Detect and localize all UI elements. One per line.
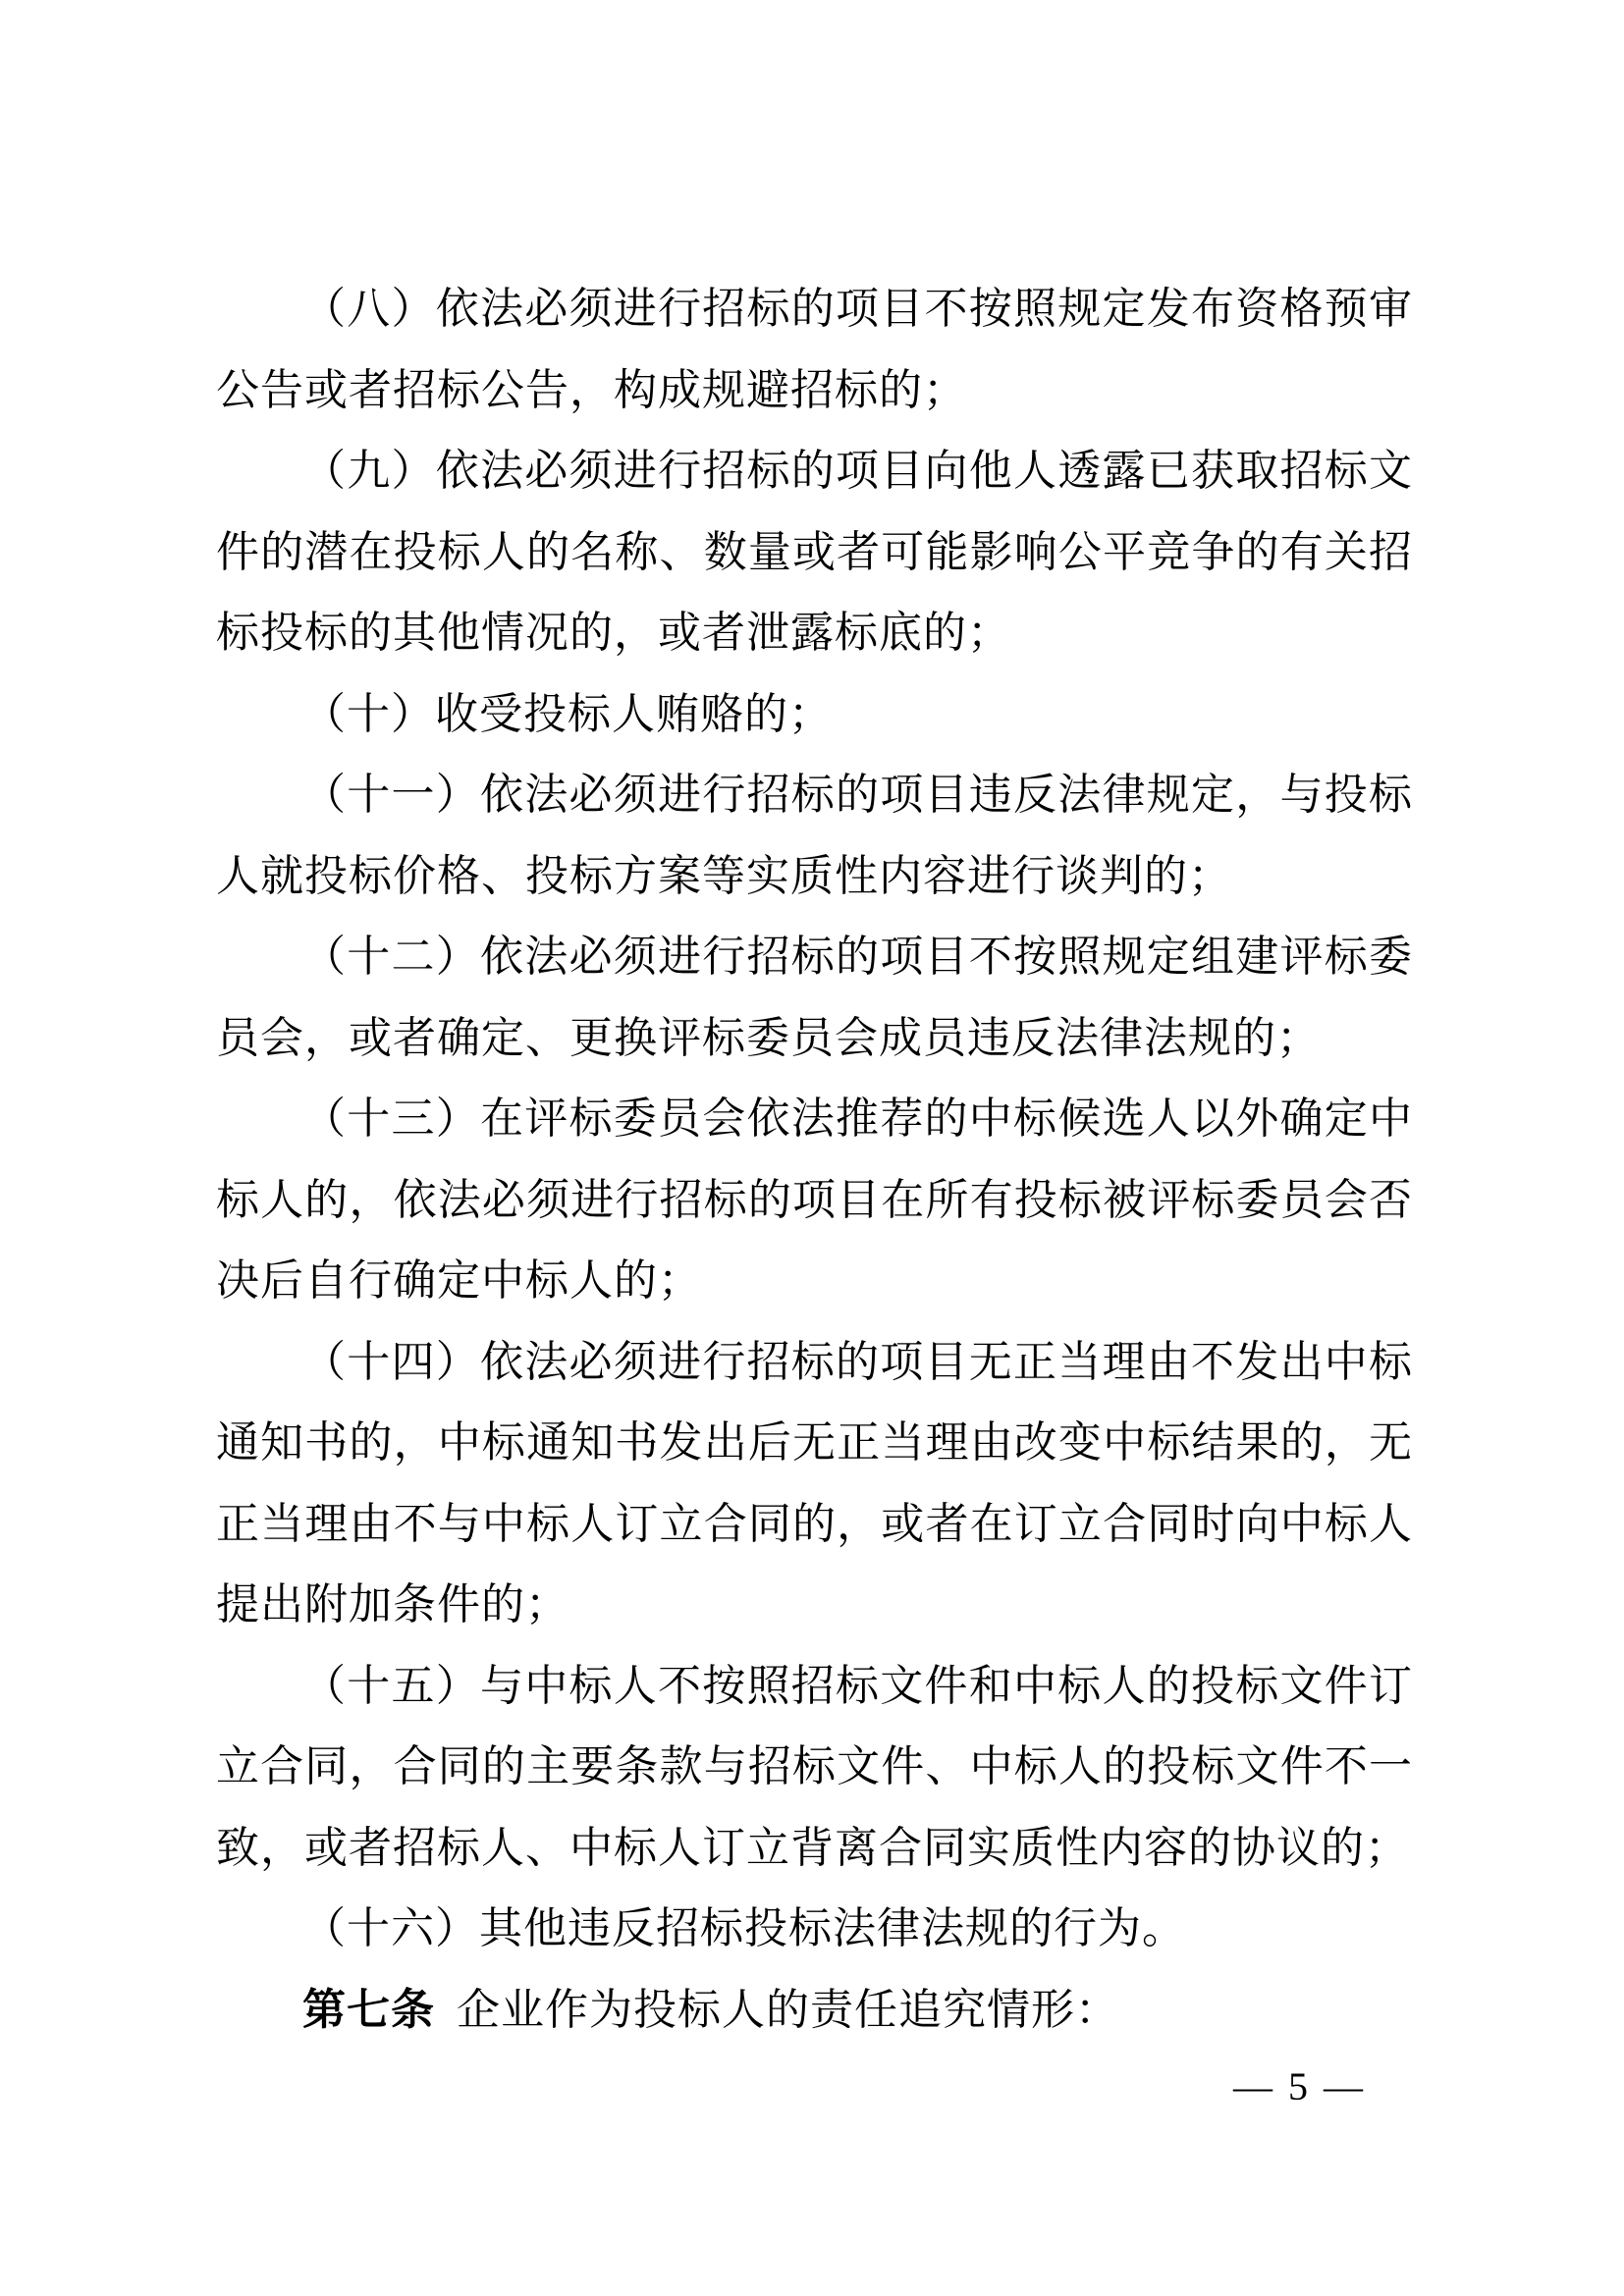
page-number: — 5 — <box>1233 2063 1366 2110</box>
text-line: （八）依法必须进行招标的项目不按照规定发布资格预审 <box>216 269 1412 350</box>
article-number: 第七条 <box>302 1986 435 2034</box>
text-line: 立合同，合同的主要条款与招标文件、中标人的投标文件不一 <box>216 1727 1412 1808</box>
text-line: 致，或者招标人、中标人订立背离合同实质性内容的协议的； <box>216 1808 1412 1890</box>
text-line: 公告或者招标公告，构成规避招标的； <box>216 350 1412 432</box>
document-page: （八）依法必须进行招标的项目不按照规定发布资格预审公告或者招标公告，构成规避招标… <box>0 0 1624 2296</box>
text-line: 决后自行确定中标人的； <box>216 1241 1412 1322</box>
text-line: （九）依法必须进行招标的项目向他人透露已获取招标文 <box>216 431 1412 512</box>
text-line: （十四）依法必须进行招标的项目无正当理由不发出中标 <box>216 1322 1412 1404</box>
text-line: 第七条企业作为投标人的责任追究情形： <box>216 1970 1412 2052</box>
text-line: 正当理由不与中标人订立合同的，或者在订立合同时向中标人 <box>216 1484 1412 1566</box>
article-text: 企业作为投标人的责任追究情形： <box>457 1986 1119 2034</box>
text-line: （十一）依法必须进行招标的项目违反法律规定，与投标 <box>216 755 1412 836</box>
text-line: （十二）依法必须进行招标的项目不按照规定组建评标委 <box>216 917 1412 998</box>
text-line: 员会，或者确定、更换评标委员会成员违反法律法规的； <box>216 998 1412 1080</box>
text-line: 件的潜在投标人的名称、数量或者可能影响公平竞争的有关招 <box>216 512 1412 594</box>
text-line: （十）收受投标人贿赂的； <box>216 674 1412 756</box>
text-line: 标人的，依法必须进行招标的项目在所有投标被评标委员会否 <box>216 1160 1412 1242</box>
text-line: （十三）在评标委员会依法推荐的中标候选人以外确定中 <box>216 1079 1412 1160</box>
text-line: 人就投标价格、投标方案等实质性内容进行谈判的； <box>216 836 1412 918</box>
text-line: （十六）其他违反招标投标法律法规的行为。 <box>216 1889 1412 1970</box>
text-lines: （八）依法必须进行招标的项目不按照规定发布资格预审公告或者招标公告，构成规避招标… <box>216 269 1412 2051</box>
text-line: （十五）与中标人不按照招标文件和中标人的投标文件订 <box>216 1646 1412 1728</box>
text-line: 标投标的其他情况的，或者泄露标底的； <box>216 593 1412 674</box>
text-line: 通知书的，中标通知书发出后无正当理由改变中标结果的，无 <box>216 1403 1412 1484</box>
text-line: 提出附加条件的； <box>216 1565 1412 1646</box>
